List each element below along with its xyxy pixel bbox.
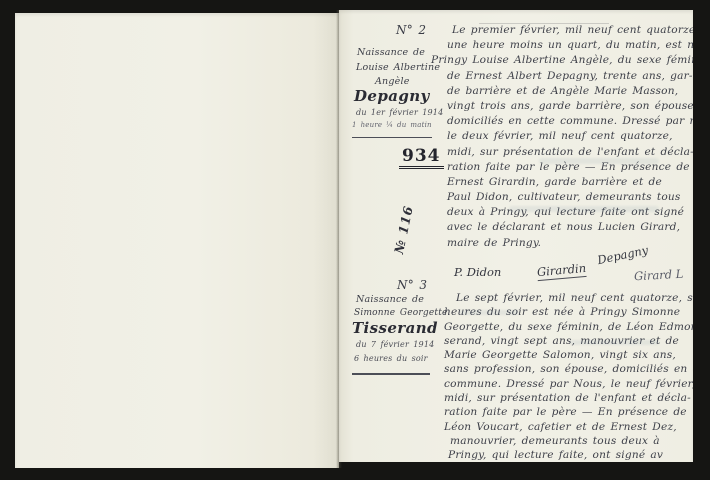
register-line: Pringy, qui lecture faite, ont signé av (444, 448, 693, 462)
register-line: le deux février, mil neuf cent quatorze, (447, 129, 693, 144)
register-line: de barrière et de Angèle Marie Masson, (447, 84, 693, 99)
register-line: avec le déclarant et nous Lucien Girard, (447, 220, 693, 235)
register-line: Pringy Louise Albertine Angèle, du sexe … (431, 53, 693, 68)
ink-bleed-mark (539, 158, 659, 164)
register-line: Georgette, du sexe féminin, de Léon Edmo… (444, 320, 693, 334)
register-line: une heure moins un quart, du matin, est … (447, 38, 693, 53)
entry-1-side-number: № 116 (391, 204, 416, 255)
register-line: Paul Didon, cultivateur, demeurants tous (447, 190, 693, 205)
entry-1-margin-surname: Depagny (354, 87, 430, 105)
entry-2-margin-rule (352, 373, 430, 375)
entry-2-margin-surname: Tisserand (352, 319, 438, 337)
entry-1-body: Le premier février, mil neuf cent quator… (447, 23, 693, 251)
entry-1-number: N° 2 (396, 23, 426, 37)
entry-2-margin-hour: 6 heures du soir (354, 354, 428, 363)
register-line: commune. Dressé par Nous, le neuf févrie… (444, 377, 693, 391)
entry-2-margin-naissance: Naissance de (356, 294, 424, 305)
register-line: de Ernest Albert Depagny, trente ans, ga… (447, 69, 693, 84)
entry-2-number: N° 3 (397, 278, 427, 292)
register-line: Le sept février, mil neuf cent quatorze,… (444, 291, 693, 305)
register-line: Marie Georgette Salomon, vingt six ans, (444, 348, 693, 362)
entry-1-margin-naissance: Naissance de (357, 47, 425, 58)
entry-1-stamp-number: 934 (399, 146, 444, 169)
ink-bleed-mark (459, 310, 519, 315)
ink-bleed-mark (509, 206, 659, 212)
entry-1-margin-prenoms: Louise Albertine (356, 62, 440, 73)
ink-bleed-mark (569, 340, 659, 345)
entry-1-margin-prenom2: Angèle (375, 76, 410, 87)
signature-girardin: Girardin (536, 261, 586, 281)
left-page-blank (15, 13, 339, 468)
register-line: ration faite par le père — En présence d… (444, 405, 693, 419)
register-scan: N° 2 Naissance de Louise Albertine Angèl… (0, 0, 710, 480)
signature-maire-girard: Girard L (634, 267, 684, 284)
register-line: manouvrier, demeurants tous deux à (444, 434, 693, 448)
entry-2-body: Le sept février, mil neuf cent quatorze,… (444, 291, 693, 462)
register-line: domiciliés en cette commune. Dressé par … (447, 114, 693, 129)
register-line: vingt trois ans, garde barrière, son épo… (447, 99, 693, 114)
register-line: sans profession, son épouse, domiciliés … (444, 362, 693, 376)
entry-1-margin-rule (352, 137, 432, 138)
register-line: Ernest Girardin, garde barrière et de (447, 175, 693, 190)
entry-1-margin-date: du 1er février 1914 (356, 108, 443, 117)
entry-2-margin-date: du 7 février 1914 (356, 340, 434, 349)
signature-didon: P. Didon (454, 265, 501, 279)
entry-2-margin-prenoms: Simonne Georgette (354, 308, 448, 318)
register-line: maire de Pringy. (447, 236, 693, 251)
register-line: Léon Voucart, cafetier et de Ernest Dez, (444, 420, 693, 434)
right-page: N° 2 Naissance de Louise Albertine Angèl… (339, 10, 693, 462)
register-line: midi, sur présentation de l'enfant et dé… (444, 391, 693, 405)
entry-1-margin-hour: 1 heure ¼ du matin (352, 121, 432, 129)
register-line: Le premier février, mil neuf cent quator… (447, 23, 693, 38)
